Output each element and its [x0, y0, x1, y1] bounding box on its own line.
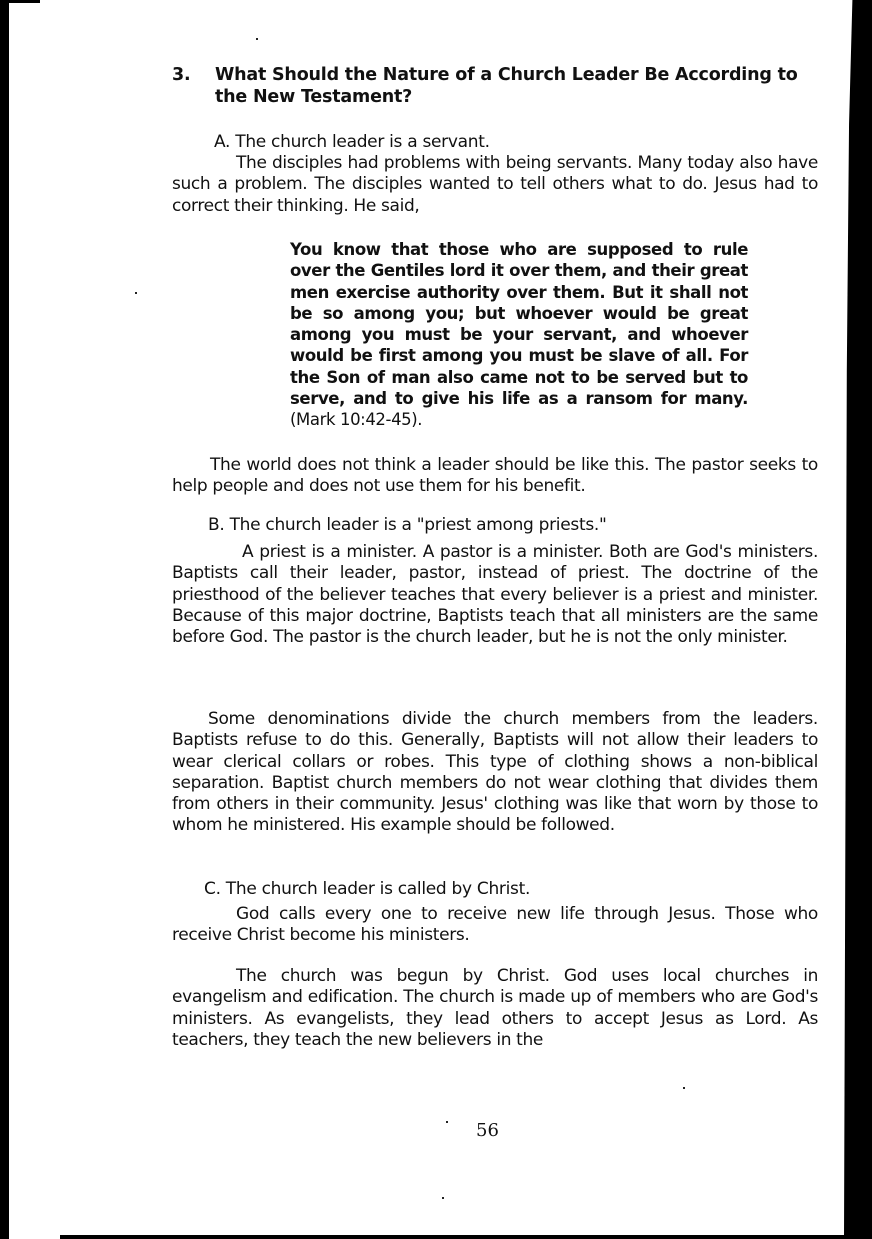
- section-heading: 3. What Should the Nature of a Church Le…: [172, 64, 832, 108]
- subsection-a-heading: A. The church leader is a servant.: [214, 132, 490, 153]
- scripture-quote: You know that those who are supposed to …: [290, 239, 748, 431]
- scan-speck: [135, 292, 137, 294]
- scan-speck: [446, 1121, 448, 1123]
- section-number: 3.: [172, 64, 190, 86]
- subsection-a-paragraph-1: The disciples had problems with being se…: [172, 153, 818, 217]
- scan-speck: [256, 38, 258, 40]
- subsection-c-heading: C. The church leader is called by Christ…: [204, 879, 530, 900]
- subsection-b-heading: B. The church leader is a "priest among …: [208, 515, 607, 536]
- quote-citation: (Mark 10:42-45).: [290, 410, 422, 429]
- quote-text: You know that those who are supposed to …: [290, 240, 748, 408]
- page-number: 56: [476, 1120, 499, 1141]
- subsection-c-paragraph-2: The church was begun by Christ. God uses…: [172, 966, 818, 1051]
- scan-speck: [442, 1197, 444, 1199]
- document-page: 3. What Should the Nature of a Church Le…: [0, 0, 872, 1239]
- subsection-c-paragraph-1: God calls every one to receive new life …: [172, 904, 818, 947]
- subsection-a-paragraph-2: The world does not think a leader should…: [172, 455, 818, 498]
- scan-speck: [683, 1087, 685, 1089]
- section-title: What Should the Nature of a Church Leade…: [215, 64, 832, 108]
- subsection-b-paragraph-2: Some denominations divide the church mem…: [172, 709, 818, 837]
- subsection-b-paragraph-1: A priest is a minister. A pastor is a mi…: [172, 542, 818, 648]
